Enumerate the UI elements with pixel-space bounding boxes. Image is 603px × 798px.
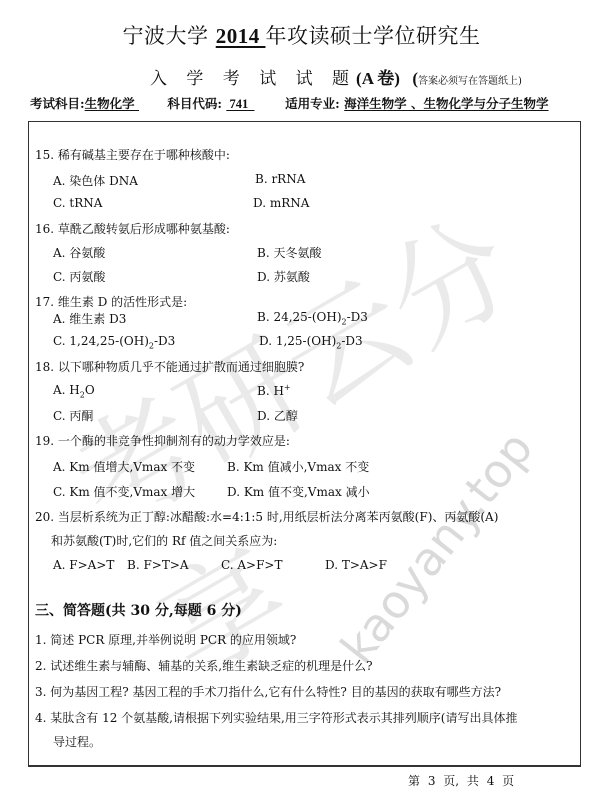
option-16-b: B. 天冬氨酸 bbox=[257, 244, 321, 261]
short-answer-3: 3. 何为基因工程? 基因工程的手术刀指什么,它有什么特性? 目的基因的获取有哪… bbox=[35, 683, 501, 700]
option-19-a: A. Km 值增大,Vmax 不变 bbox=[53, 458, 195, 475]
option-15-a: A. 染色体 DNA bbox=[53, 172, 138, 189]
question-20-continued: 和苏氨酸(T)时,它们的 Rf 值之间关系应为: bbox=[51, 532, 277, 549]
question-box: 15. 稀有碱基主要存在于哪种核酸中: A. 染色体 DNA B. rRNA C… bbox=[28, 121, 581, 767]
option-19-b: B. Km 值减小,Vmax 不变 bbox=[227, 458, 369, 475]
option-20-d: D. T>A>F bbox=[325, 558, 387, 572]
option-20-c: C. A>F>T bbox=[221, 558, 283, 572]
option-15-b: B. rRNA bbox=[255, 172, 305, 186]
page-number: 第 3 页, 共 4 页 bbox=[408, 772, 514, 789]
short-answer-1: 1. 简述 PCR 原理,并举例说明 PCR 的应用领域? bbox=[35, 631, 296, 648]
option-18-a: A. H2O bbox=[53, 383, 95, 399]
answer-note: 答案必须写在答题纸上) bbox=[418, 76, 522, 87]
short-answer-2: 2. 试述维生素与辅酶、辅基的关系,维生素缺乏症的机理是什么? bbox=[35, 657, 373, 674]
major-value: 海洋生物学 、生物化学与分子生物学 bbox=[344, 96, 548, 111]
option-18-d: D. 乙醇 bbox=[257, 407, 298, 424]
code-value: 741 bbox=[226, 97, 254, 111]
option-17-d: D. 1,25-(OH)2-D3 bbox=[259, 334, 363, 350]
section-3-title: 三、简答题(共 30 分,每题 6 分) bbox=[35, 600, 242, 620]
exam-subtitle: 入 学 考 试 试 题(A 卷) (答案必须写在答题纸上) bbox=[150, 64, 522, 89]
option-15-d: D. mRNA bbox=[253, 196, 309, 210]
option-15-c: C. tRNA bbox=[53, 196, 102, 210]
option-16-d: D. 苏氨酸 bbox=[257, 268, 310, 285]
option-20-a: A. F>A>T bbox=[53, 558, 114, 572]
exam-year: 2014 bbox=[216, 24, 266, 48]
option-16-a: A. 谷氨酸 bbox=[53, 244, 105, 261]
subject-value: 生物化学 bbox=[85, 96, 139, 111]
question-16: 16. 草酰乙酸转氨后形成哪种氨基酸: bbox=[35, 220, 230, 237]
question-19: 19. 一个酶的非竞争性抑制剂有的动力学效应是: bbox=[35, 432, 290, 449]
option-16-c: C. 丙氨酸 bbox=[53, 268, 105, 285]
question-17: 17. 维生素 D 的活性形式是: bbox=[35, 293, 187, 310]
option-17-a: A. 维生素 D3 bbox=[53, 310, 126, 327]
exam-title: 宁波大学 2014 年攻读硕士学位研究生 bbox=[0, 20, 603, 50]
option-19-c: C. Km 值不变,Vmax 增大 bbox=[53, 483, 195, 500]
volume-label: (A 卷) bbox=[356, 69, 400, 88]
option-19-d: D. Km 值不变,Vmax 减小 bbox=[227, 483, 370, 500]
option-18-b: B. H+ bbox=[257, 383, 291, 398]
question-15: 15. 稀有碱基主要存在于哪种核酸中: bbox=[35, 146, 230, 163]
short-answer-4-continued: 导过程。 bbox=[53, 733, 101, 750]
option-18-c: C. 丙酮 bbox=[53, 407, 93, 424]
short-answer-4: 4. 某肽含有 12 个氨基酸,请根据下列实验结果,用三字符形式表示其排列顺序(… bbox=[35, 709, 517, 726]
option-17-c: C. 1,24,25-(OH)2-D3 bbox=[53, 334, 175, 350]
option-17-b: B. 24,25-(OH)2-D3 bbox=[257, 310, 368, 326]
question-18: 18. 以下哪种物质几乎不能通过扩散而通过细胞膜? bbox=[35, 358, 304, 375]
exam-info-line: 考试科目:生物化学 科目代码: 741 适用专业: 海洋生物学 、生物化学与分子… bbox=[30, 94, 549, 112]
option-20-b: B. F>T>A bbox=[127, 558, 189, 572]
question-20: 20. 当层析系统为正丁醇:冰醋酸:水=4:1:5 时,用纸层析法分离苯丙氨酸(… bbox=[35, 508, 498, 525]
